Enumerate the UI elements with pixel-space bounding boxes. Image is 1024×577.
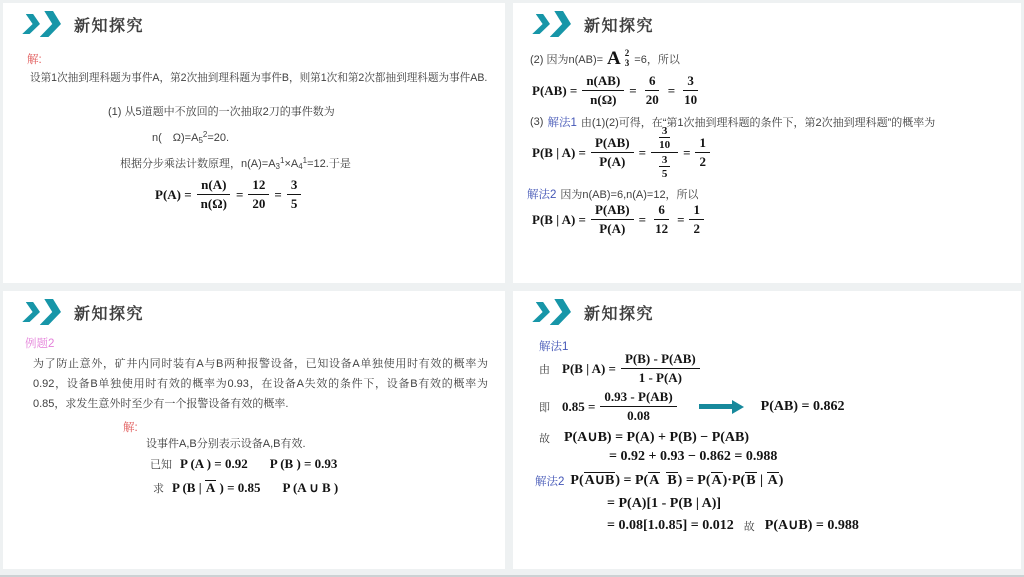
slide-top-left: 新知探究 解: 设第1次抽到理科题为事件A，第2次抽到理科题为事件B，则第1次和… [3, 3, 505, 283]
equals-sign: = [683, 145, 690, 161]
math-fragment: (2) 因为n(AB)= [530, 51, 603, 67]
overline-a: A [767, 472, 779, 488]
math-fragment: ) = P( [615, 473, 648, 488]
denominator: n(Ω) [586, 91, 620, 108]
numerator: 12 [248, 177, 269, 195]
denominator: 2 [695, 153, 710, 170]
row-label: 故 [744, 518, 755, 534]
math-fragment: P(AB) = [532, 83, 577, 99]
formula-p-b-given-a-2: P(B | A) = P(AB)P(A) = 612 = 12 [532, 202, 704, 237]
chevron-icon [40, 11, 64, 37]
slide-title: 新知探究 [584, 301, 654, 324]
row-label: 故 [539, 430, 550, 446]
formula-conditional: P(B | A) = P(B) - P(AB)1 - P(A) [562, 351, 700, 386]
math-fragment: ) [779, 473, 784, 488]
math-fragment: P (B | [172, 480, 205, 495]
math-fragment: P(B | A) = [532, 212, 586, 228]
numerator: 6 [654, 202, 669, 220]
implies-arrow-icon [699, 404, 733, 409]
equals-sign: = [236, 187, 243, 203]
method2-text: 因为n(AB)=6,n(A)=12，所以 [560, 186, 698, 202]
numerator: 3 [659, 154, 671, 167]
numerator: n(A) [197, 177, 230, 195]
numerator: 310 [651, 125, 678, 153]
math-fragment: =6，所以 [634, 51, 680, 67]
math-fragment: =20. [207, 132, 229, 144]
formula-p-ab: P(AB) = n(AB)n(Ω) = 620 = 310 [532, 73, 701, 108]
denominator: 0.08 [623, 407, 654, 424]
method2-label: 解法2 [535, 473, 564, 489]
fraction: 0.93 - P(AB)0.08 [600, 389, 676, 424]
fraction: n(AB)n(Ω) [582, 73, 624, 108]
solution-label: 解: [27, 51, 42, 67]
arrangement-symbol: A [607, 49, 621, 68]
counting-principle-line: 根据分步乘法计数原理，n(A)=A31×A41=12.于是 [120, 155, 351, 171]
overline-a-union-b: A∪B [584, 472, 616, 488]
denominator: 35 [654, 153, 676, 180]
slide-top-right: 新知探究 (2) 因为n(AB)= A 23 =6，所以 P(AB) = n(A… [513, 3, 1021, 283]
row-method2: 解法2 P(A∪B) = P(AB) = P(A)·P(B | A) [535, 472, 783, 489]
double-chevron-icon [22, 299, 64, 325]
final-result: P(A∪B) = 0.988 [765, 517, 859, 534]
row-label: 由 [539, 361, 550, 377]
slide-title: 新知探究 [584, 13, 654, 36]
denominator: 5 [658, 167, 672, 180]
double-chevron-icon [532, 11, 574, 37]
fraction: 35 [658, 154, 672, 180]
slide-bottom-left: 新知探究 例题2 为了防止意外，矿井内同时装有A与B两种报警设备，已知设备A单独… [3, 291, 505, 569]
row-label: 即 [539, 399, 550, 415]
numerator: P(AB) [591, 202, 634, 220]
double-chevron-icon [532, 299, 574, 325]
fraction: P(B) - P(AB)1 - P(A) [621, 351, 700, 386]
fraction: 612 [651, 202, 672, 237]
equals-sign: = [639, 145, 646, 161]
seek-row: 求 P (B | A ) = 0.85 P (A ∪ B ) [153, 480, 338, 496]
seek-p-a-union-b: P (A ∪ B ) [282, 480, 338, 496]
step1-text: (1) 从5道题中不放回的一次抽取2刀的事件数为 [108, 103, 335, 119]
math-fragment: P( [570, 473, 583, 488]
chevron-icon [550, 11, 574, 37]
math-fragment: P(A) = [155, 187, 192, 203]
slide-header: 新知探究 [534, 299, 654, 325]
numerator: 6 [645, 73, 660, 91]
fraction: 12 [695, 135, 710, 170]
math-fragment: ) = P( [678, 473, 711, 488]
formula-union: P(A∪B) = P(A) + P(B) − P(AB) [564, 429, 749, 446]
step2-line: (2) 因为n(AB)= A 23 =6，所以 [530, 49, 680, 68]
numerator: 3 [683, 73, 698, 91]
equals-sign: = [639, 212, 646, 228]
denominator: P(A) [595, 220, 629, 237]
known-row: 已知 P (A ) = 0.92 P (B ) = 0.93 [150, 456, 337, 472]
equals-sign: = [274, 187, 281, 203]
slide-title: 新知探究 [74, 301, 144, 324]
setup-text: 设第1次抽到理科题为事件A，第2次抽到理科题为事件B，则第1次和第2次都抽到理科… [30, 70, 487, 85]
row-hence: 故 P(A∪B) = P(A) + P(B) − P(AB) [539, 429, 749, 446]
denominator: 20 [642, 91, 663, 108]
math-fragment: P(B | A) = [532, 145, 586, 161]
example-label: 例题2 [25, 335, 54, 351]
denominator: 5 [287, 195, 302, 212]
setup-text: 设事件A,B分别表示设备A,B有效. [146, 435, 306, 451]
numerator: 3 [287, 177, 302, 195]
denominator: P(A) [595, 153, 629, 170]
known-p-b: P (B ) = 0.93 [270, 456, 338, 472]
denominator: n(Ω) [197, 195, 231, 212]
formula-p-b-given-a: P(B | A) = P(AB)P(A) = 310 35 = 12 [532, 125, 710, 180]
formula-p-a: P(A) = n(A)n(Ω) = 1220 = 35 [155, 177, 301, 212]
fraction: 1220 [248, 177, 269, 212]
formula-085: 0.85 = 0.93 - P(AB)0.08 [562, 389, 677, 424]
numerator: 1 [695, 135, 710, 153]
denominator: 10 [655, 138, 674, 151]
math-fragment: ×A [284, 158, 298, 170]
equals-sign: = [677, 212, 684, 228]
math-fragment: )·P( [723, 473, 746, 488]
chevron-icon [532, 302, 552, 322]
fraction: 620 [642, 73, 663, 108]
slide-bottom-right: 新知探究 解法1 由 P(B | A) = P(B) - P(AB)1 - P(… [513, 291, 1021, 569]
subscript: 3 [625, 59, 630, 68]
fraction: n(A)n(Ω) [197, 177, 231, 212]
fraction: 12 [689, 202, 704, 237]
known-p-a: P (A ) = 0.92 [180, 456, 248, 472]
overline-b: B [666, 472, 677, 488]
slides-grid: 新知探究 解: 设第1次抽到理科题为事件A，第2次抽到理科题为事件B，则第1次和… [3, 3, 1021, 569]
numerator: 1 [689, 202, 704, 220]
math-fragment: 根据分步乘法计数原理，n(A)=A [120, 158, 276, 170]
omega-equation: n( Ω)=A52=20. [152, 129, 229, 145]
slide-header: 新知探究 [534, 11, 654, 37]
equals-sign: = [629, 83, 636, 99]
denominator: 20 [248, 195, 269, 212]
math-fragment: P(B | A) = [562, 361, 616, 377]
denominator: 1 - P(A) [635, 369, 686, 386]
row-final: = 0.08[1.0.85] = 0.012 故 P(A∪B) = 0.988 [607, 517, 859, 534]
seek-label: 求 [153, 480, 164, 496]
math-fragment: =12.于是 [307, 158, 351, 170]
fraction: P(AB)P(A) [591, 135, 634, 170]
row-thus: 即 0.85 = 0.93 - P(AB)0.08 P(AB) = 0.862 [539, 389, 844, 424]
double-chevron-icon [22, 11, 64, 37]
overline-b: B [745, 472, 756, 488]
supsub-stack: 23 [625, 49, 630, 68]
method2-line: 解法2 因为n(AB)=6,n(A)=12，所以 [527, 186, 699, 202]
nested-fraction: 310 35 [651, 125, 678, 180]
denominator: 12 [651, 220, 672, 237]
numerator: P(AB) [591, 135, 634, 153]
fraction: P(AB)P(A) [591, 202, 634, 237]
slide-title: 新知探究 [74, 13, 144, 36]
problem-text: 为了防止意外，矿井内同时装有A与B两种报警设备，已知设备A单独使用时有效的概率为… [33, 354, 488, 414]
slide-header: 新知探究 [24, 11, 144, 37]
chevron-icon [22, 302, 42, 322]
fraction: 310 [655, 125, 674, 151]
solution-label: 解: [123, 419, 138, 435]
formula-complement-expand: = P(A)[1 - P(B | A)] [607, 496, 721, 512]
slide-header: 新知探究 [24, 299, 144, 325]
chevron-icon [22, 14, 42, 34]
math-fragment: 0.85 = [562, 399, 595, 415]
denominator: 2 [689, 220, 704, 237]
chevron-icon [532, 14, 552, 34]
fraction: 35 [287, 177, 302, 212]
method2-label: 解法2 [527, 186, 556, 202]
math-fragment: n( Ω)=A [152, 132, 198, 144]
row-given: 由 P(B | A) = P(B) - P(AB)1 - P(A) [539, 351, 700, 386]
numerator: P(B) - P(AB) [621, 351, 700, 369]
numerator: 3 [659, 125, 671, 138]
chevron-icon [40, 299, 64, 325]
seek-p-b-given-abar: P (B | A ) = 0.85 [172, 480, 260, 496]
result-p-ab: P(AB) = 0.862 [761, 399, 845, 415]
math-fragment: | [757, 473, 767, 488]
math-fragment: ) = 0.85 [216, 480, 260, 495]
overline-a: A [648, 472, 660, 488]
formula-union-values: = 0.92 + 0.93 − 0.862 = 0.988 [609, 449, 777, 465]
formula-complement: P(A∪B) = P(AB) = P(A)·P(B | A) [570, 472, 783, 489]
chevron-icon [550, 299, 574, 325]
numerator: n(AB) [582, 73, 624, 91]
overline-a: A [205, 480, 216, 495]
overline-a: A [711, 472, 723, 488]
formula-complement-values: = 0.08[1.0.85] = 0.012 [607, 518, 734, 534]
denominator: 10 [680, 91, 701, 108]
fraction: 310 [680, 73, 701, 108]
known-label: 已知 [150, 456, 172, 472]
numerator: 0.93 - P(AB) [600, 389, 676, 407]
slides-grid-page: 新知探究 解: 设第1次抽到理科题为事件A，第2次抽到理科题为事件B，则第1次和… [0, 0, 1024, 577]
equals-sign: = [668, 83, 675, 99]
